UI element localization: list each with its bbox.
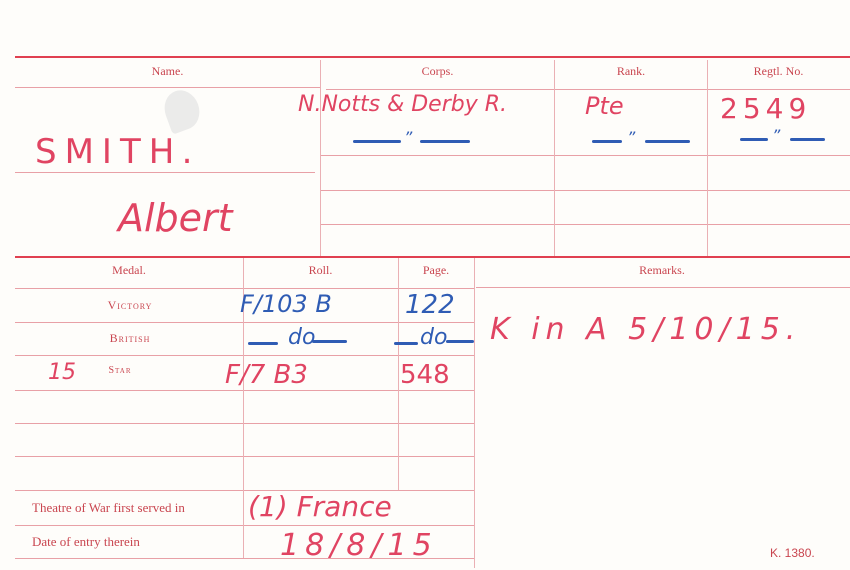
rule — [15, 490, 475, 491]
page-star: 548 — [400, 360, 450, 390]
date-value: 18/8/15 — [280, 528, 438, 563]
rule — [320, 190, 850, 191]
page-victory: 122 — [405, 290, 455, 320]
rule — [15, 288, 475, 289]
divider — [320, 60, 321, 256]
ditto-line — [645, 140, 690, 143]
regtl-no-value: 2549 — [720, 92, 811, 125]
rule — [15, 525, 475, 526]
ditto-line — [740, 138, 768, 141]
roll-british: do — [288, 325, 315, 350]
ditto-line — [446, 340, 474, 343]
rule — [15, 172, 315, 173]
remarks-value: K in A 5/10/15. — [490, 312, 801, 347]
ditto-line — [592, 140, 622, 143]
header-regtl-no: Regtl. No. — [707, 64, 850, 79]
header-remarks: Remarks. — [474, 263, 850, 278]
header-roll: Roll. — [243, 263, 398, 278]
date-label: Date of entry therein — [32, 534, 140, 550]
rule — [15, 390, 475, 391]
ditto-mark: ” — [404, 128, 412, 147]
roll-star: F/7 B3 — [225, 360, 308, 390]
rule — [15, 423, 475, 424]
surname: SMITH. — [35, 132, 201, 172]
header-corps: Corps. — [320, 64, 555, 79]
watermark-icon — [159, 85, 205, 134]
header-page: Page. — [398, 263, 474, 278]
top-rule — [15, 56, 850, 58]
ditto-line — [248, 342, 278, 345]
rule — [15, 322, 475, 323]
forename: Albert — [118, 196, 233, 240]
medal-index-card: Name. Corps. Rank. Regtl. No. SMITH. Alb… — [0, 0, 850, 570]
theatre-value: (1) France — [248, 490, 392, 523]
rank-value: Pte — [585, 92, 624, 120]
theatre-label: Theatre of War first served in — [32, 500, 185, 516]
header-rank: Rank. — [555, 64, 707, 79]
corps-value: N.Notts & Derby R. — [298, 92, 507, 117]
ditto-mark: ” — [627, 128, 635, 147]
ditto-line — [790, 138, 825, 141]
roll-victory: F/103 B — [240, 290, 332, 318]
divider — [474, 258, 475, 568]
rule — [326, 89, 850, 90]
rule — [320, 224, 850, 225]
rule — [15, 87, 320, 88]
rule — [320, 155, 850, 156]
divider — [707, 60, 708, 256]
middle-rule — [15, 256, 850, 258]
header-name: Name. — [15, 64, 320, 79]
ditto-line — [394, 342, 418, 345]
medal-victory: Victory — [60, 298, 200, 313]
medal-star: Star — [95, 365, 145, 376]
ditto-line — [420, 140, 470, 143]
divider — [398, 258, 399, 490]
header-medal: Medal. — [15, 263, 243, 278]
form-number: K. 1380. — [770, 546, 815, 560]
ditto-line — [312, 340, 347, 343]
rule — [15, 456, 475, 457]
medal-british: British — [60, 331, 200, 346]
divider — [554, 60, 555, 256]
rule — [15, 355, 475, 356]
rule — [476, 287, 850, 288]
star-prefix: 15 — [48, 360, 76, 385]
page-british: do — [420, 325, 447, 350]
ditto-mark: ” — [772, 126, 780, 145]
ditto-line — [353, 140, 401, 143]
